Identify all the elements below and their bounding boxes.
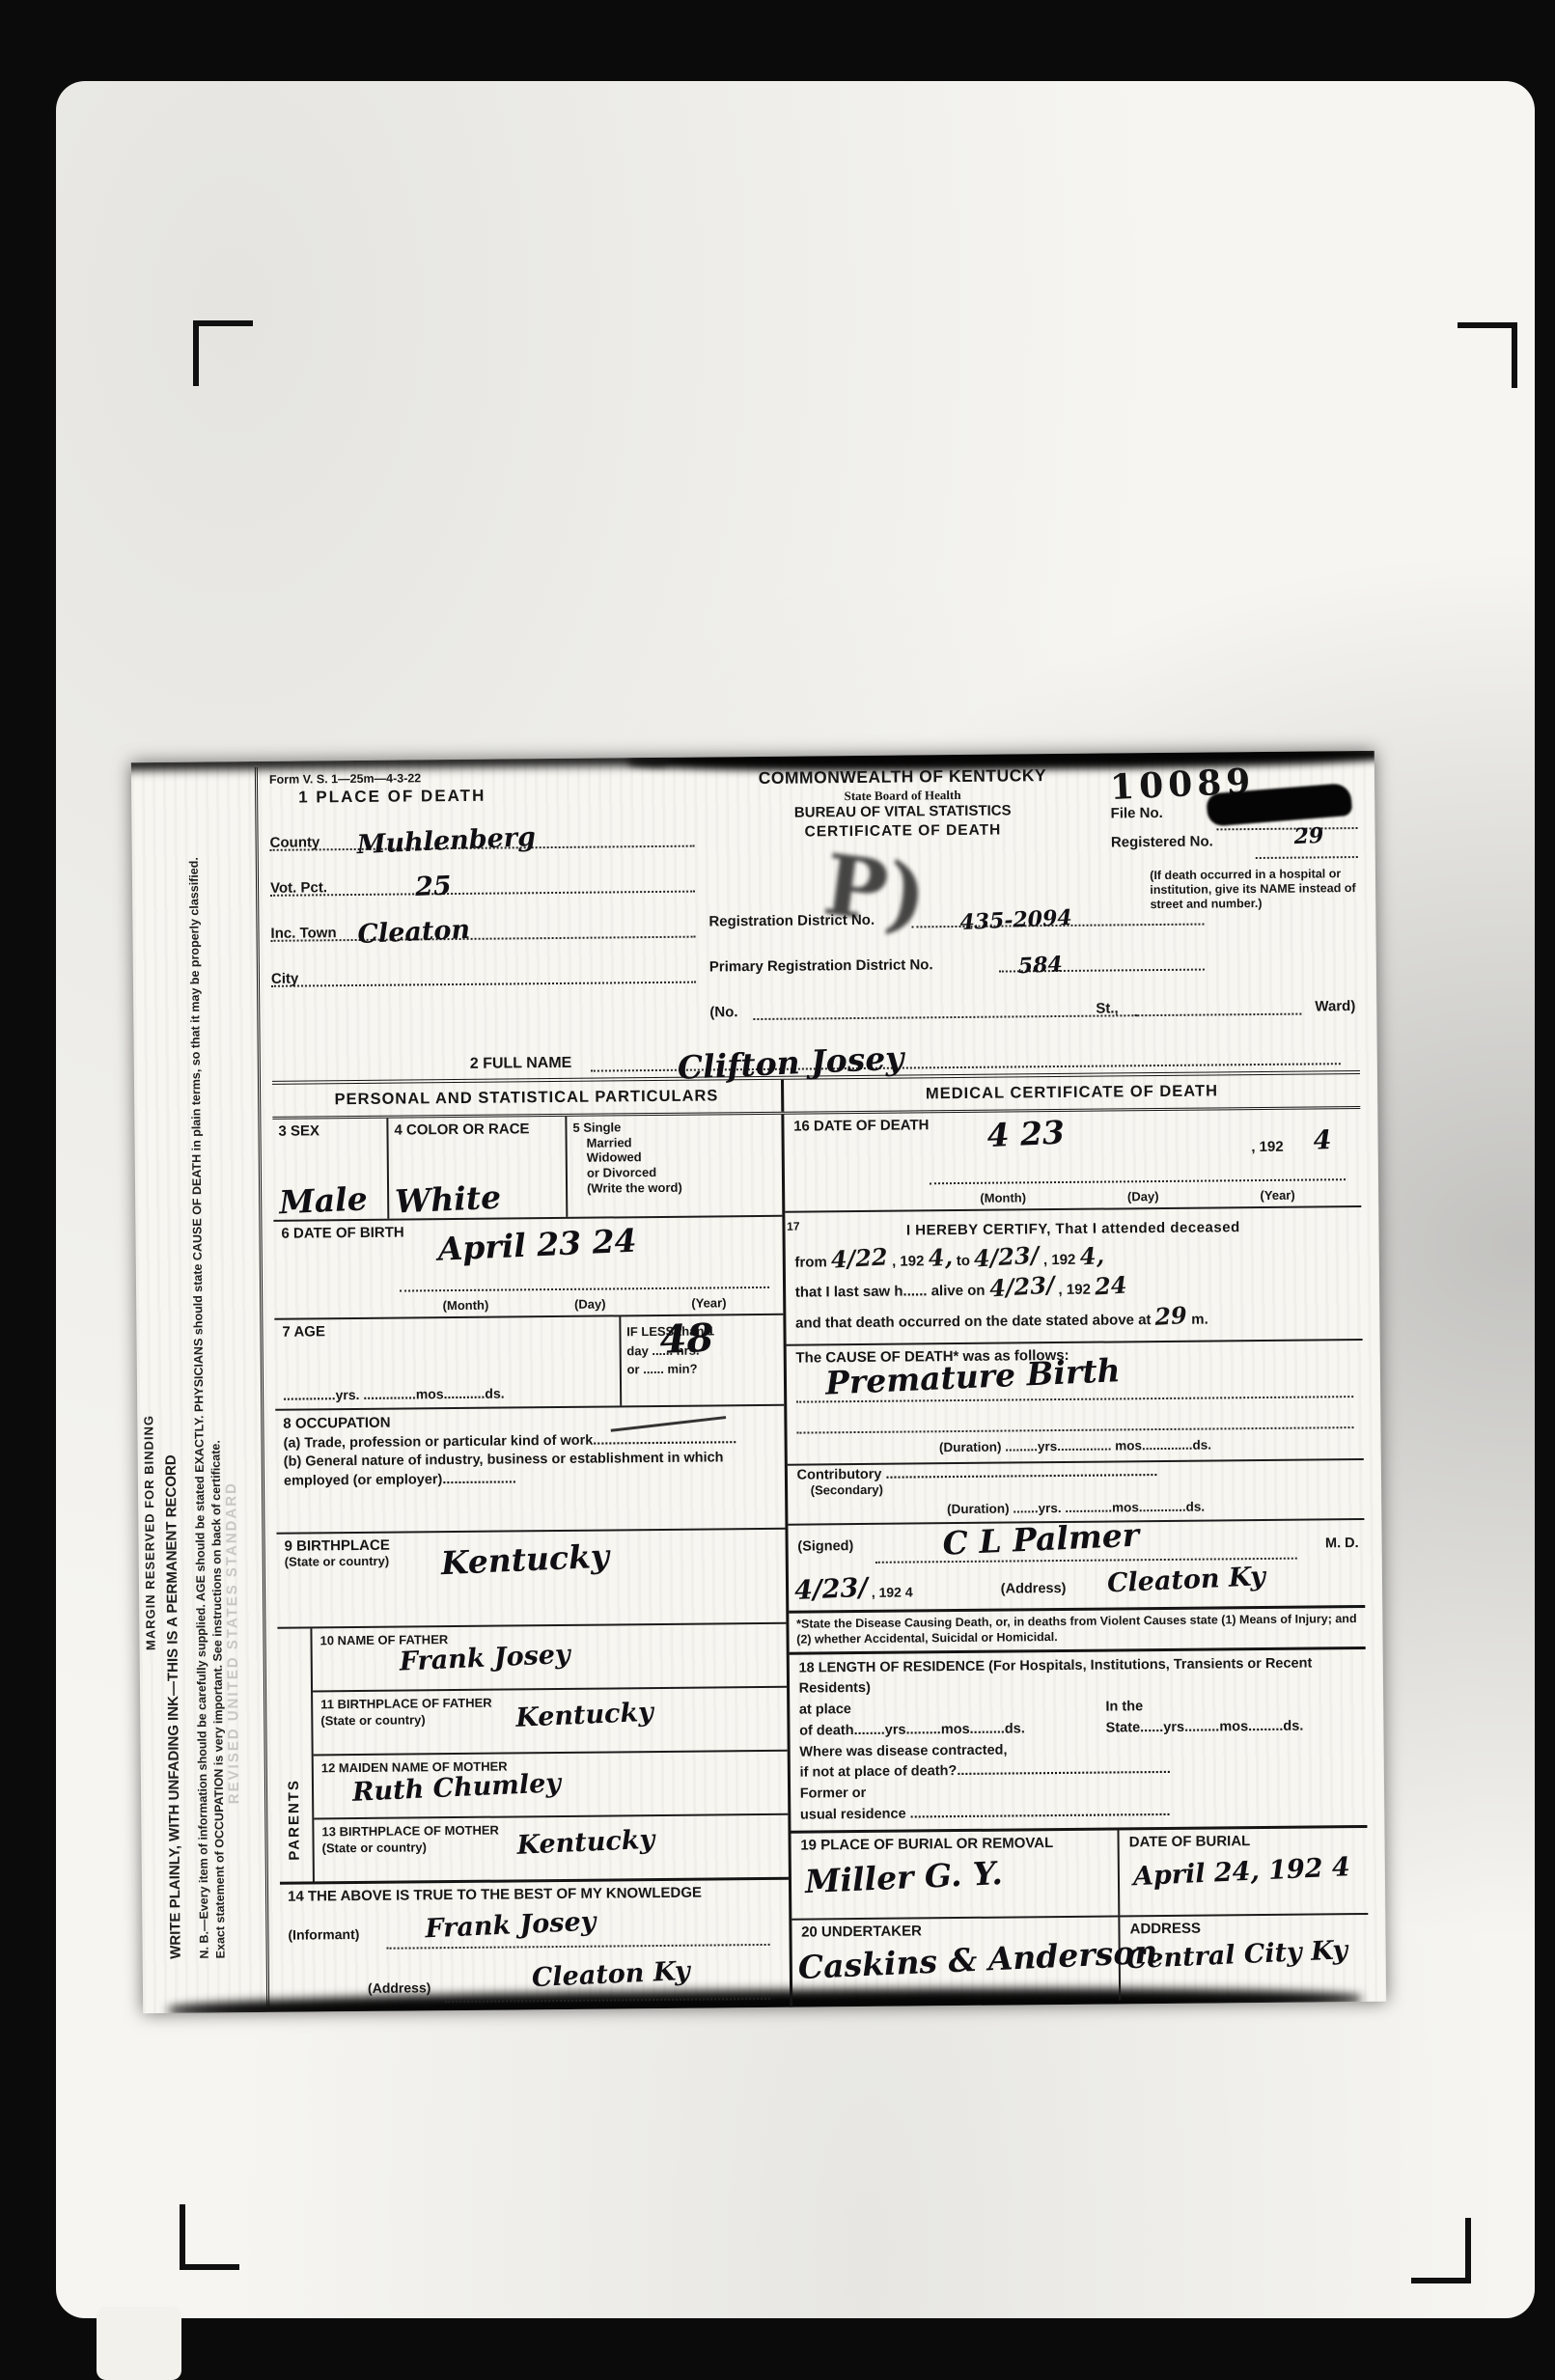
occupation-row: 8 OCCUPATION (a) Trade, profession or pa… — [275, 1406, 785, 1535]
crop-mark-bottom-left-icon — [180, 2204, 239, 2270]
from-year-value: 4, — [928, 1250, 953, 1265]
dod-year-caption: (Year) — [1260, 1188, 1294, 1203]
parents-fields: 10 NAME OF FATHER Frank Josey 11 BIRTHPL… — [312, 1624, 788, 1882]
binding-margin: MARGIN RESERVED FOR BINDING WRITE PLAINL… — [131, 761, 264, 2013]
city-row: City — [271, 940, 696, 989]
sex-value: Male — [279, 1186, 369, 1215]
street-no-label: (No. — [709, 1004, 737, 1020]
date-of-death-row: 16 DATE OF DEATH 4 23 , 192 4 (Month) (D… — [784, 1109, 1361, 1213]
burial-place-value: Miller G. Y. — [804, 1861, 1003, 1895]
parents-block: PARENTS 10 NAME OF FATHER Frank Josey 11… — [277, 1624, 788, 1885]
margin-binding-note: MARGIN RESERVED FOR BINDING — [135, 801, 157, 1650]
dod-month-caption: (Month) — [980, 1191, 1026, 1205]
certify-item-number: 17 — [787, 1215, 800, 1239]
form-header: Form V. S. 1—25m—4-3-22 1 PLACE OF DEATH… — [269, 762, 1359, 1027]
dod-line — [930, 1178, 1346, 1184]
cause-duration-line: (Duration) .........yrs............... m… — [796, 1428, 1354, 1462]
undertaker-address-value: Central City Ky — [1125, 1940, 1347, 1971]
attended-from-value: 4/22 — [831, 1250, 889, 1267]
last-saw-year-value: 24 — [1095, 1279, 1127, 1294]
physician-address-label: (Address) — [1001, 1581, 1067, 1597]
residence-state: State......yrs.........mos.........ds. — [1106, 1716, 1357, 1739]
ward-label: Ward) — [1315, 998, 1355, 1014]
from-year-prefix: , 192 — [892, 1253, 925, 1269]
attestation-block: 14 THE ABOVE IS TRUE TO THE BEST OF MY K… — [280, 1880, 790, 2013]
occurred-end-label: m. — [1191, 1311, 1208, 1327]
burial-date-cell: DATE OF BURIAL April 24, 192 4 — [1120, 1827, 1369, 1914]
inc-town-row: Inc. Town Cleaton — [270, 895, 695, 944]
age-units: ..............yrs. ..............mos....… — [283, 1385, 610, 1403]
informant-address-label: (Address) — [368, 1980, 431, 1997]
undertaker-address-label: ADDRESS — [1130, 1920, 1202, 1937]
attended-to-value: 4/23/ — [974, 1248, 1040, 1266]
street-label: St., — [1096, 1001, 1119, 1017]
age-label: 7 AGE — [282, 1324, 325, 1341]
to-year-value: 4, — [1079, 1249, 1104, 1264]
dob-month-caption: (Month) — [443, 1298, 489, 1313]
last-saw-year-prefix: , 192 — [1058, 1282, 1091, 1298]
father-name-row: 10 NAME OF FATHER Frank Josey — [312, 1624, 786, 1693]
inc-town-value: Cleaton — [357, 920, 470, 946]
signed-label: (Signed) — [797, 1538, 853, 1555]
voting-precinct-value: 25 — [415, 875, 453, 898]
city-line — [271, 982, 696, 987]
burial-place-cell: 19 PLACE OF BURIAL OR REMOVAL Miller G. … — [791, 1830, 1120, 1918]
date-of-death-label: 16 DATE OF DEATH — [793, 1118, 929, 1135]
issuing-authority: COMMONWEALTH OF KENTUCKY State Board of … — [708, 765, 1098, 843]
age-cell: 7 AGE ..............yrs. ..............m… — [274, 1317, 620, 1409]
date-of-birth-row: 6 DATE OF BIRTH April 23 24 (Month) (Day… — [273, 1217, 783, 1320]
crop-mark-top-left-icon — [193, 320, 253, 386]
from-label: from — [794, 1254, 827, 1270]
cause-of-death-block: The CAUSE OF DEATH* was as follows: Prem… — [786, 1341, 1363, 1466]
burial-place-label: 19 PLACE OF BURIAL OR REMOVAL — [800, 1835, 1053, 1854]
burial-date-value: April 24, 192 4 — [1133, 1857, 1351, 1888]
marital-line-4: (Write the word) — [573, 1178, 776, 1196]
sex-race-marital-row: 3 SEX Male 4 COLOR OR RACE White 5 Singl… — [272, 1115, 782, 1222]
scanned-photo-background: MARGIN RESERVED FOR BINDING WRITE PLAINL… — [0, 0, 1555, 2380]
residence-of-death: of death........yrs.........mos.........… — [799, 1718, 1106, 1742]
date-of-birth-value: April 23 24 — [437, 1229, 637, 1263]
registered-no-line — [1256, 856, 1358, 859]
registration-district-row: Registration District No. 435-2094 — [708, 880, 1358, 931]
certification-paragraph: 17 I HEREBY CERTIFY, That I attended dec… — [785, 1207, 1363, 1346]
date-of-birth-label: 6 DATE OF BIRTH — [281, 1225, 403, 1242]
contributory-block: Contributory ...........................… — [788, 1460, 1365, 1526]
length-of-residence-block: 18 LENGTH OF RESIDENCE (For Hospitals, I… — [789, 1648, 1367, 1833]
age-less-than-day-cell: IF LESS than 1 day ...... hrs. or ......… — [619, 1315, 784, 1406]
burial-date-label: DATE OF BURIAL — [1129, 1833, 1251, 1850]
form-body: 3 SEX Male 4 COLOR OR RACE White 5 Singl… — [272, 1109, 1370, 2013]
medical-column: 16 DATE OF DEATH 4 23 , 192 4 (Month) (D… — [784, 1109, 1370, 2013]
filed-row: 15 Filed 4-24- , 1924 W H Moore Registra… — [281, 2011, 790, 2013]
sex-label: 3 SEX — [278, 1123, 319, 1140]
last-saw-label: that I last saw h...... alive on — [795, 1283, 986, 1301]
mother-birthplace-value: Kentucky — [516, 1830, 654, 1857]
undertaker-row: 20 UNDERTAKER Caskins & Anderson ADDRESS… — [791, 1914, 1369, 2003]
full-name-value: Clifton Josey — [677, 1045, 904, 1081]
date-of-death-value: 4 23 — [986, 1121, 1065, 1149]
street-no-line — [753, 1014, 1137, 1020]
primary-district-label: Primary Registration District No. — [709, 956, 933, 975]
mother-maiden-row: 12 MAIDEN NAME OF MOTHER Ruth Chumley — [314, 1752, 788, 1820]
registration-district-label: Registration District No. — [708, 912, 875, 930]
sex-cell: 3 SEX Male — [272, 1119, 389, 1220]
personal-section-title: PERSONAL AND STATISTICAL PARTICULARS — [272, 1080, 784, 1117]
age-row: 7 AGE ..............yrs. ..............m… — [274, 1315, 784, 1411]
death-time-line: and that death occurred on the date stat… — [795, 1303, 1353, 1339]
header-left: Form V. S. 1—25m—4-3-22 1 PLACE OF DEATH… — [269, 769, 697, 1027]
informant-address-line — [445, 1998, 770, 2003]
mother-maiden-value: Ruth Chumley — [352, 1773, 562, 1803]
voting-precinct-row: Vot. Pct. 25 — [270, 849, 695, 899]
physician-address-value: Cleaton Ky — [1106, 1566, 1265, 1594]
commonwealth-title: COMMONWEALTH OF KENTUCKY — [708, 765, 1097, 790]
occupation-b: (b) General nature of industry, business… — [284, 1449, 777, 1491]
undertaker-value: Caskins & Anderson — [797, 1939, 1157, 1980]
to-label: to — [957, 1253, 970, 1269]
undertaker-label: 20 UNDERTAKER — [801, 1923, 922, 1940]
physician-signature: C L Palmer — [942, 1523, 1140, 1557]
full-name-label: 2 FULL NAME — [470, 1055, 572, 1073]
signature-date: 4/23/ — [793, 1578, 868, 1602]
informant-value: Frank Josey — [425, 1912, 597, 1940]
dod-day-caption: (Day) — [1127, 1189, 1159, 1204]
personal-column: 3 SEX Male 4 COLOR OR RACE White 5 Singl… — [272, 1115, 793, 2013]
certificate-title: CERTIFICATE OF DEATH — [708, 819, 1097, 842]
file-no-line — [1217, 827, 1358, 830]
parents-side-label-cell: PARENTS — [277, 1629, 315, 1882]
race-cell: 4 COLOR OR RACE White — [388, 1117, 568, 1219]
primary-district-value: 584 — [1018, 956, 1064, 976]
undertaker-cell: 20 UNDERTAKER Caskins & Anderson — [791, 1917, 1121, 2003]
occurred-label: and that death occurred on the date stat… — [795, 1312, 1152, 1332]
crop-mark-top-right-icon — [1458, 322, 1517, 388]
last-saw-value: 4/23/ — [988, 1279, 1054, 1297]
street-line — [1134, 1013, 1301, 1017]
informant-line — [387, 1944, 770, 1950]
mother-birthplace-row: 13 BIRTHPLACE OF MOTHER (State or countr… — [314, 1815, 788, 1882]
residence-at-place: at place — [799, 1698, 1106, 1722]
dob-captions: (Month) (Day) (Year) — [400, 1295, 769, 1314]
film-edge-tab — [97, 2307, 181, 2380]
crop-mark-bottom-right-icon — [1411, 2218, 1471, 2283]
mother-birthplace-label: 13 BIRTHPLACE OF MOTHER — [321, 1823, 499, 1840]
to-year-prefix: , 192 — [1043, 1252, 1076, 1268]
md-suffix: M. D. — [1325, 1536, 1359, 1551]
age-minutes-value: 48 — [659, 1323, 714, 1356]
cause-line-2 — [796, 1398, 1354, 1434]
header-right: COMMONWEALTH OF KENTUCKY State Board of … — [708, 762, 1359, 1023]
birthplace-value: Kentucky — [440, 1544, 609, 1577]
informant-address-value: Cleaton Ky — [531, 1961, 690, 1989]
signature-year: , 192 4 — [872, 1585, 913, 1600]
file-no-label: File No. — [1111, 805, 1163, 822]
dob-day-caption: (Day) — [574, 1297, 606, 1312]
attestation-statement: 14 THE ABOVE IS TRUE TO THE BEST OF MY K… — [288, 1884, 781, 1905]
residence-usual: usual residence ........................… — [800, 1800, 1357, 1826]
race-label: 4 COLOR OR RACE — [394, 1121, 529, 1139]
photographed-page: MARGIN RESERVED FOR BINDING WRITE PLAINL… — [56, 81, 1535, 2318]
dod-year-value: 4 — [1313, 1130, 1332, 1151]
father-birthplace-label: 11 BIRTHPLACE OF FATHER — [320, 1696, 492, 1712]
margin-write-plainly-note: WRITE PLAINLY, WITH UNFADING INK—THIS IS… — [156, 820, 183, 1959]
death-certificate-sheet: MARGIN RESERVED FOR BINDING WRITE PLAINL… — [131, 751, 1386, 2013]
residence-title: 18 LENGTH OF RESIDENCE (For Hospitals, I… — [798, 1653, 1356, 1701]
birthplace-row: 9 BIRTHPLACE (State or country) Kentucky — [276, 1530, 786, 1629]
primary-district-row: Primary Registration District No. 584 — [709, 926, 1359, 977]
informant-label: (Informant) — [288, 1926, 359, 1943]
burial-row: 19 PLACE OF BURIAL OR REMOVAL Miller G. … — [791, 1827, 1368, 1920]
county-row: County Muhlenberg — [269, 804, 694, 853]
registered-no-value: 29 — [1293, 828, 1323, 846]
dod-captions: (Month) (Day) (Year) — [930, 1187, 1346, 1205]
father-birthplace-value: Kentucky — [515, 1702, 653, 1730]
parents-side-label: PARENTS — [285, 1668, 303, 1861]
full-name-row: 2 FULL NAME Clifton Josey — [271, 1018, 1359, 1081]
dob-year-caption: (Year) — [691, 1296, 726, 1311]
father-name-value: Frank Josey — [399, 1645, 570, 1673]
date-of-birth-line — [400, 1287, 769, 1292]
dod-year-prefix: , 192 — [1251, 1139, 1284, 1155]
undertaker-address-cell: ADDRESS Central City Ky — [1120, 1914, 1369, 1999]
medical-section-title: MEDICAL CERTIFICATE OF DEATH — [784, 1074, 1361, 1112]
residence-in-the: In the — [1105, 1695, 1356, 1718]
certificate-form: Form V. S. 1—25m—4-3-22 1 PLACE OF DEATH… — [255, 757, 1378, 2006]
street-ward-row: (No. St., Ward) — [709, 971, 1359, 1022]
marital-cell: 5 Single Married Widowed or Divorced (Wr… — [567, 1115, 782, 1217]
race-value: White — [395, 1185, 502, 1215]
cause-of-death-value: Premature Birth — [824, 1358, 1121, 1397]
physician-signature-block: (Signed) C L Palmer M. D. 4/23/ , 192 4 … — [788, 1520, 1365, 1614]
cause-footnote: *State the Disease Causing Death, or, in… — [789, 1608, 1366, 1654]
father-birthplace-row: 11 BIRTHPLACE OF FATHER (State or countr… — [313, 1688, 787, 1757]
death-time-value: 29 — [1154, 1309, 1187, 1324]
registered-no-row: Registered No. 29 — [1111, 832, 1358, 863]
less-than-line-3: or ...... min? — [626, 1359, 777, 1379]
registered-no-label: Registered No. — [1111, 833, 1213, 850]
